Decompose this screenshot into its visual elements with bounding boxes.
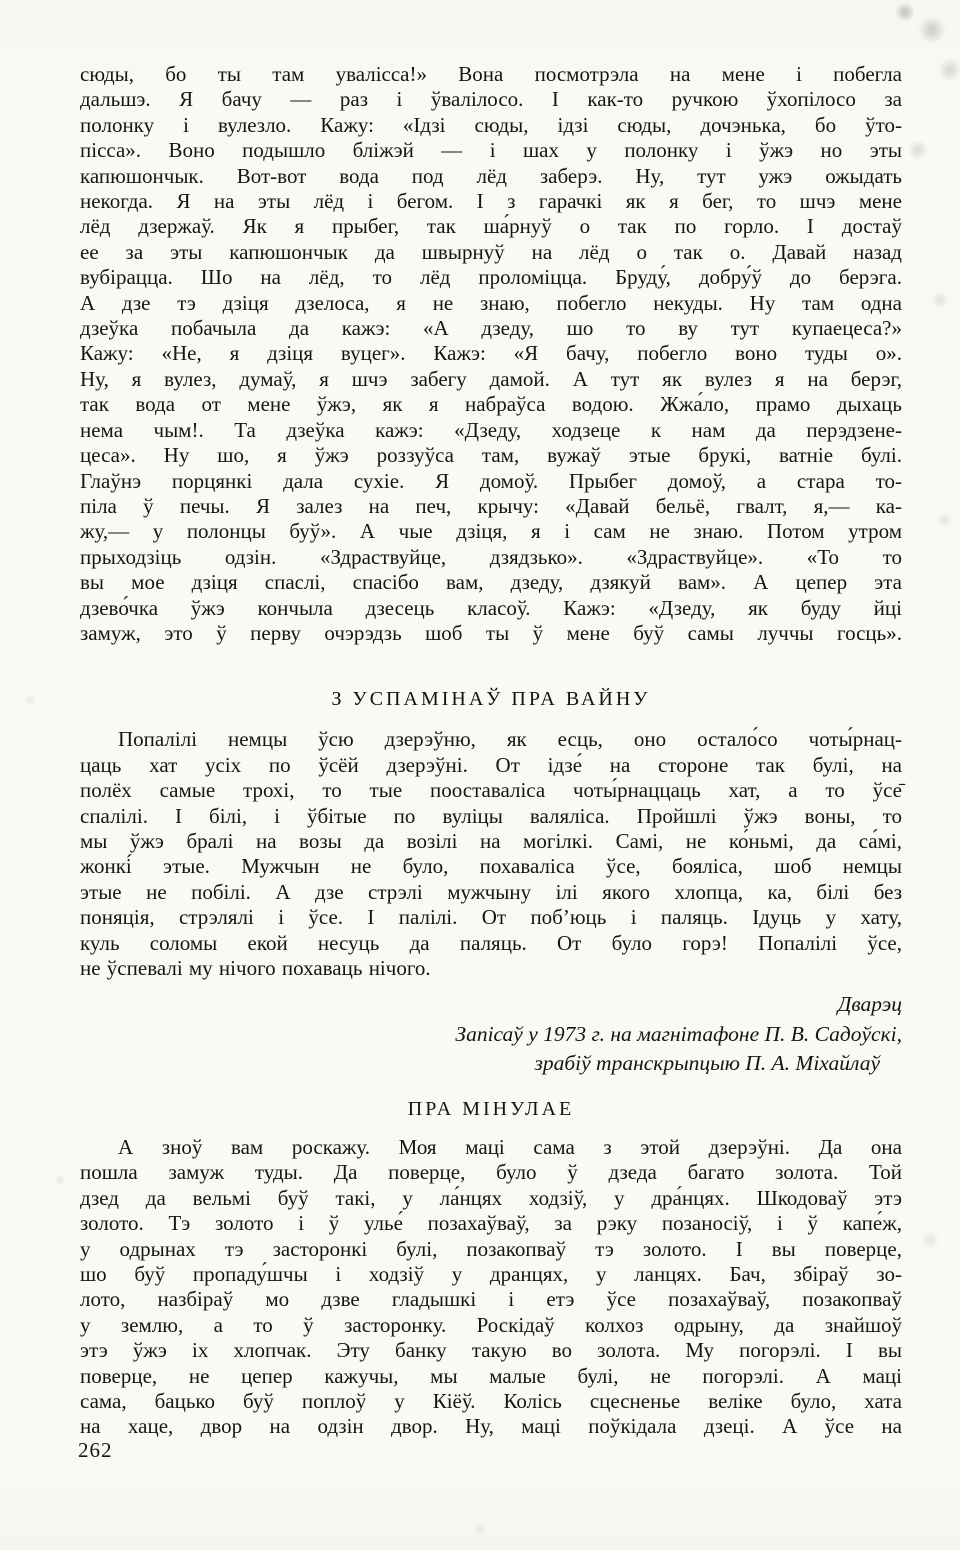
text-line: спалілі. І білі, і ўбітые по вуліцы валя… xyxy=(80,804,902,829)
text-line: на хаце, двор на одзін двор. Ну, маці по… xyxy=(80,1414,902,1439)
text-line: этые не побілі. А дзе стрэлі мужчыну ілі… xyxy=(80,880,902,905)
text-line: некогда. Я на эты лёд і бегом. І з гарач… xyxy=(80,189,902,214)
attribution-place: Дварэц xyxy=(80,990,902,1020)
text-line: дзево́чка ўжэ кончыла дзесець класоў. Ка… xyxy=(80,596,902,621)
attribution-block: Дварэц Запісаў у 1973 г. на магнітафоне … xyxy=(80,990,902,1079)
text-line: сама, бацько буў поплоў у Кіёў. Колісь с… xyxy=(80,1389,902,1414)
text-line: так вода от мене ўжэ, як я набраўса водо… xyxy=(80,392,902,417)
text-line: дальшэ. Я бачу — раз і ўвалілосо. І как-… xyxy=(80,87,902,112)
text-line: не ўспевалі му нічого похаваць нічого. xyxy=(80,956,902,981)
section-heading-war-memories: З УСПАМІНАЎ ПРА ВАЙНУ xyxy=(80,686,902,712)
text-line: дзеўка побачыла да кажэ: «А дзеду, шо то… xyxy=(80,316,902,341)
text-line: А дзе тэ дзіця дзелоса, я не знаю, побег… xyxy=(80,291,902,316)
text-line: жу,— у полонцы буў». А чые дзіця, я і са… xyxy=(80,519,902,544)
text-line: А зноў вам роскажу. Моя маці сама з этой… xyxy=(80,1135,902,1160)
text-line: поняція, стрэлялі і ўсе. І палілі. От по… xyxy=(80,905,902,930)
text-line: сюды, бо ты там уваліcca!» Вона посмотрэ… xyxy=(80,62,902,87)
text-line: замуж, это ў перву очэрэдзь шоб ты ў мен… xyxy=(80,621,902,646)
text-line: ее за эты капюшончык да швырнуў на лёд о… xyxy=(80,240,902,265)
text-line: прыходзіць одзін. «Здраствуйце, дзядзько… xyxy=(80,545,902,570)
text-line: Глаўнэ порцянкі дала сухіе. Я домоў. Пры… xyxy=(80,469,902,494)
text-line: дзед да вельмі буў такі, у ла́нцях ходзі… xyxy=(80,1186,902,1211)
text-line: золото. Тэ золото і ў улье́ позахаўваў, … xyxy=(80,1211,902,1236)
book-page: сюды, бо ты там уваліcca!» Вона посмотрэ… xyxy=(0,0,960,1550)
text-line: нема чым!. Та дзеўка кажэ: «Дзеду, ходзе… xyxy=(80,418,902,443)
paragraph-war-memories: Попалілі немцы ўсю дзерэўню, як есць, он… xyxy=(80,727,902,981)
text-line: полёх самые трохі, то тые пооставаліса ч… xyxy=(80,778,902,803)
text-line: мы ўжэ бралі на возы да возілі на могілк… xyxy=(80,829,902,854)
text-line: капюшончык. Вот-вот вода под лёд заберэ.… xyxy=(80,164,902,189)
text-line: лото, назбіраў мо дзве гладышкі і етэ ўс… xyxy=(80,1287,902,1312)
text-line: этэ ўжэ іх хлопчак. Эту банку такую во з… xyxy=(80,1338,902,1363)
text-line: полонку і вулезло. Кажу: «Ідзі сюды, ідз… xyxy=(80,113,902,138)
text-line: жонкі́ этые. Мужчын не було, похаваліса … xyxy=(80,854,902,879)
text-line: лёд дзержаў. Як я прыбег, так ша́рнуў о … xyxy=(80,214,902,239)
text-line: пошла замуж туды. Да поверце, було ў дзе… xyxy=(80,1160,902,1185)
text-line: вы мое дзіця спаслі, спасібо вам, дзеду,… xyxy=(80,570,902,595)
paragraph-continuation: сюды, бо ты там уваліcca!» Вона посмотрэ… xyxy=(80,62,902,646)
section-heading-about-the-past: ПРА МІНУЛАЕ xyxy=(80,1096,902,1122)
paragraph-about-the-past: А зноў вам роскажу. Моя маці сама з этой… xyxy=(80,1135,902,1440)
text-line: шо буў пропаду́шчы і ходзіў у дранцях, у… xyxy=(80,1262,902,1287)
section-about-the-past: ПРА МІНУЛАЕ А зноў вам роскажу. Моя маці… xyxy=(80,1096,902,1440)
text-line: піла ў печы. Я залез на печ, крычу: «Дав… xyxy=(80,494,902,519)
text-line: цаць хат усіх по ўсёй дзерэўні. От ідзе́… xyxy=(80,753,902,778)
text-line: пісса». Воно подышло бліжэй — і шах у по… xyxy=(80,138,902,163)
text-line: Ну, я вулез, думаў, я шчэ забегу дамой. … xyxy=(80,367,902,392)
page-number: 262 xyxy=(78,1438,113,1463)
text-column: сюды, бо ты там уваліcca!» Вона посмотрэ… xyxy=(80,62,902,1440)
text-line: куль соломы екой несуць да паляць. От бу… xyxy=(80,931,902,956)
section-war-memories: З УСПАМІНАЎ ПРА ВАЙНУ Попалілі немцы ўсю… xyxy=(80,686,902,1079)
text-line: Кажу: «Не, я дзіця вуцег». Кажэ: «Я бачу… xyxy=(80,341,902,366)
text-line: поверце, не цепер кажучы, мы малые булі,… xyxy=(80,1364,902,1389)
text-line: Попалілі немцы ўсю дзерэўню, як есць, он… xyxy=(80,727,902,752)
attribution-recorded-by: Запісаў у 1973 г. на магнітафоне П. В. С… xyxy=(80,1020,902,1050)
text-line: у одрынах тэ засторонкі булі, позакопваў… xyxy=(80,1237,902,1262)
section-continuation: сюды, бо ты там уваліcca!» Вона посмотрэ… xyxy=(80,62,902,646)
attribution-transcribed-by: зрабіў транскрыпцыю П. А. Міхайлаў xyxy=(80,1049,902,1079)
text-line: у землю, а то ў засторонку. Роскідаў кол… xyxy=(80,1313,902,1338)
text-line: вубірацца. Шо на лёд, то лёд проломіцца.… xyxy=(80,265,902,290)
text-line: цеса». Ну шо, я ўжэ роззуўса там, вужаў … xyxy=(80,443,902,468)
